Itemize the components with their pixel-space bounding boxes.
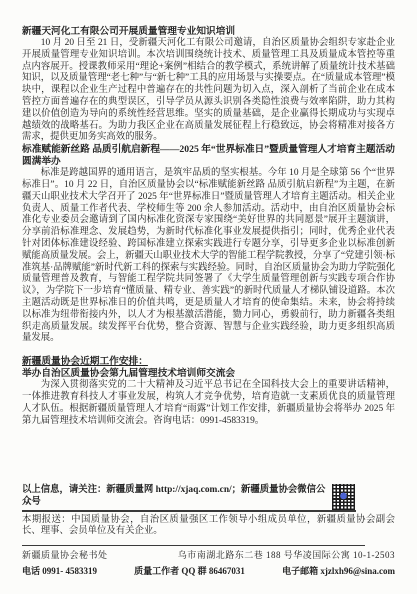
- article-title: 新疆天河化工有限公司开展质量管理专业知识培训: [22, 26, 395, 38]
- upcoming-work-subheading: 举办自治区质量协会第九届管理技术培训师交流会: [22, 368, 395, 380]
- follow-notice-text: 以上信息，请关注：新疆质量网: [22, 485, 156, 495]
- distribution-note: 本期报送：中国质量协会，自治区质量强区工作领导小组成员单位，新疆质量协会副会长、…: [22, 515, 395, 539]
- article-standards-day: 标准赋能新丝路 品质引航启新程——2025 年“世界标准日”暨质量管理人才培育主…: [22, 144, 395, 345]
- office-address: 乌市南湖北路东二巷 188 号华凌国际公寓 10-1-2503: [178, 550, 395, 562]
- website-link[interactable]: http://xjaq.com.cn/: [156, 485, 232, 495]
- upcoming-work-body: 为深入贯彻落实党的二十大精神及习近平总书记在全国科技大会上的重要讲话精神，一体推…: [22, 380, 395, 427]
- phone-number: 电话 0991- 4583319: [22, 566, 97, 578]
- article-title: 标准赋能新丝路 品质引航启新程——2025 年“世界标准日”暨质量管理人才培育主…: [22, 144, 395, 168]
- upcoming-work-section: 新疆质量协会近期工作安排： 举办自治区质量协会第九届管理技术培训师交流会 为深入…: [22, 356, 395, 427]
- article-training: 新疆天河化工有限公司开展质量管理专业知识培训 10 月 20 日至 21 日，受…: [22, 26, 395, 144]
- upcoming-work-heading: 新疆质量协会近期工作安排：: [22, 356, 395, 368]
- divider-line: [22, 545, 365, 546]
- newsletter-page: 新疆天河化工有限公司开展质量管理专业知识培训 10 月 20 日至 21 日，受…: [0, 0, 417, 594]
- article-body: 标准是跨越国界的通用语言，是筑牢品质的坚实根基。今年 10 月是全球第 56 个…: [22, 168, 395, 345]
- office-name: 新疆质量协会秘书处: [22, 550, 108, 562]
- page-footer: 以上信息，请关注：新疆质量网 http://xjaq.com.cn/；新疆质量协…: [22, 484, 395, 578]
- divider-line: [22, 510, 356, 511]
- office-address-row: 新疆质量协会秘书处 乌市南湖北路东二巷 188 号华凌国际公寓 10-1-250…: [22, 550, 395, 562]
- qq-group: 质量工作者 QQ 群 86467031: [134, 566, 245, 578]
- email-address: 电子邮箱 xjzlxh96@sina.com: [282, 566, 395, 578]
- follow-notice: 以上信息，请关注：新疆质量网 http://xjaq.com.cn/；新疆质量协…: [22, 484, 395, 508]
- contact-row: 电话 0991- 4583319 质量工作者 QQ 群 86467031 电子邮…: [22, 566, 395, 578]
- article-body: 10 月 20 日至 21 日，受新疆天河化工有限公司邀请，自治区质量协会组织专…: [22, 38, 395, 144]
- wechat-qr-code-icon: [332, 484, 355, 510]
